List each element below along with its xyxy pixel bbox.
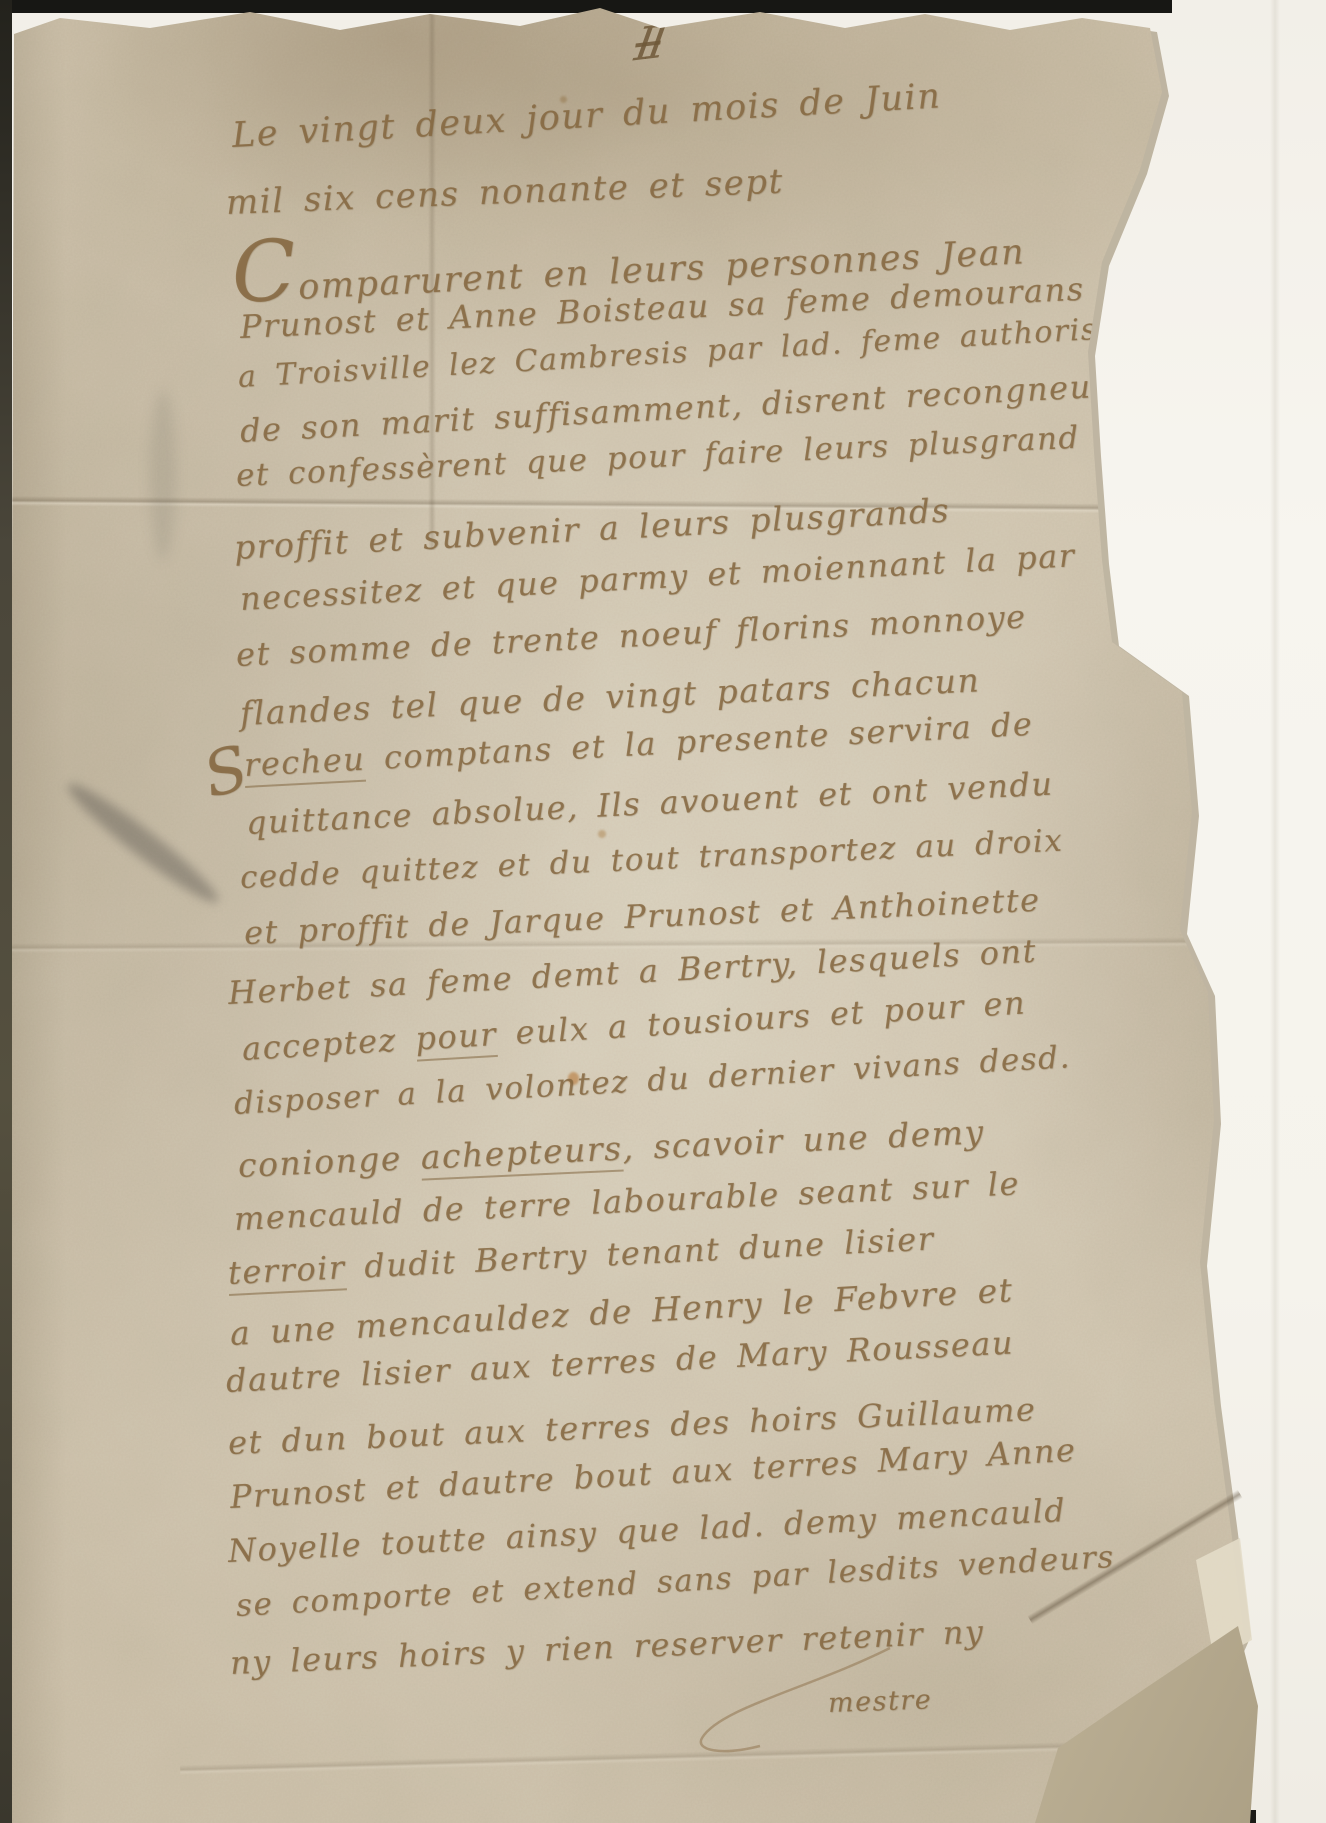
- pen-flourish: [690, 1628, 910, 1778]
- manuscript-line: Le vingt deux jour du mois de Juin: [231, 76, 942, 156]
- scanner-edge-left: [0, 0, 12, 1823]
- scanner-streak: [1270, 0, 1280, 1823]
- scanner-edge-top: [0, 0, 1172, 13]
- manuscript-line: mil six cens nonante et sept: [225, 162, 784, 223]
- paraph-flourish: S: [196, 730, 256, 811]
